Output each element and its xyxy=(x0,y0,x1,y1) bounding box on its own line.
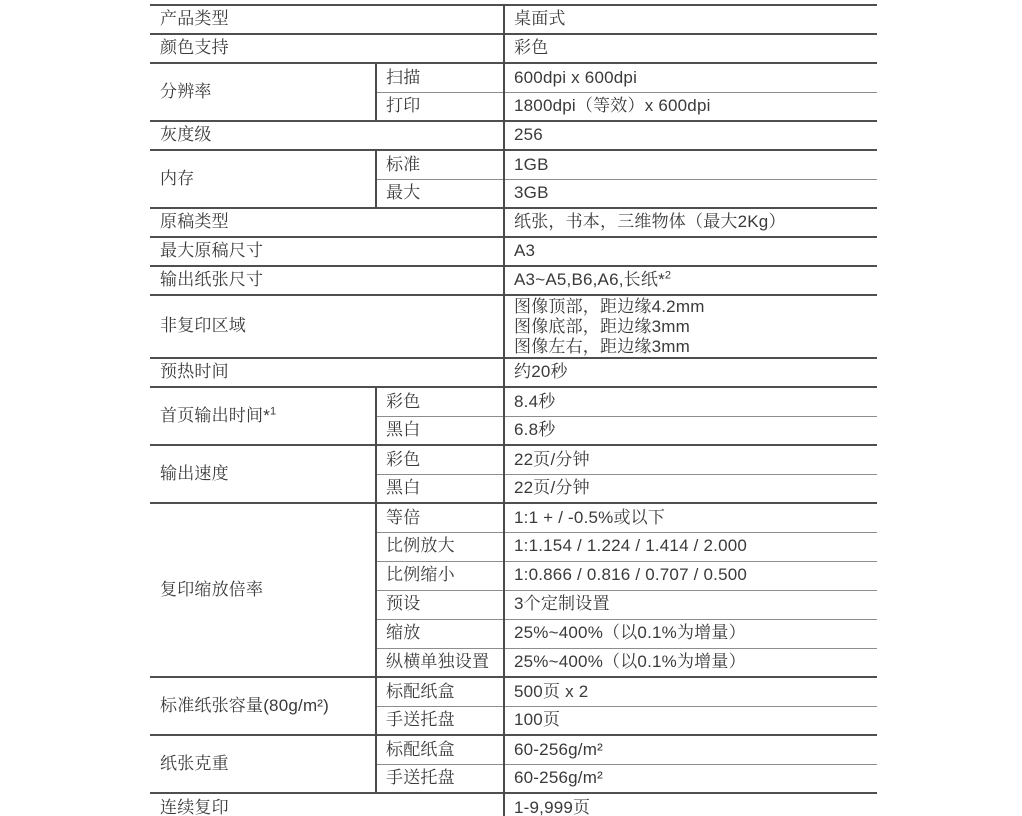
spec-value-cell: A3~A5,B6,A6,长纸*2 xyxy=(504,266,877,295)
spec-subrow-label: 比例放大 xyxy=(386,536,455,555)
spec-row: 分辨率扫描600dpi x 600dpi xyxy=(150,63,877,92)
spec-value: 1800dpi（等效）x 600dpi xyxy=(514,96,711,115)
spec-value: 500页 x 2 xyxy=(514,682,588,701)
spec-label-cell: 内存 xyxy=(150,150,376,208)
spec-value-cell: 彩色 xyxy=(504,34,877,63)
spec-subrow-label: 缩放 xyxy=(386,623,420,642)
spec-subrow-label: 标配纸盒 xyxy=(386,740,455,759)
spec-label-cell: 颜色支持 xyxy=(150,34,504,63)
spec-subrow-label: 手送托盘 xyxy=(386,710,455,729)
spec-value: 1:1 + / -0.5%或以下 xyxy=(514,508,665,527)
spec-row: 产品类型桌面式 xyxy=(150,5,877,34)
spec-subrow-label: 标准 xyxy=(386,155,420,174)
page: { "table": { "rows": [ { "label": "产品类型"… xyxy=(0,0,1022,816)
spec-subrow-label: 预设 xyxy=(386,594,420,613)
spec-value-cell: 60-256g/m² xyxy=(504,764,877,793)
spec-label-superscript: 1 xyxy=(270,405,276,417)
spec-value: 3个定制设置 xyxy=(514,594,610,613)
spec-value-cell: 1GB xyxy=(504,150,877,179)
spec-row: 内存标准1GB xyxy=(150,150,877,179)
spec-label: 预热时间 xyxy=(160,362,229,381)
spec-label: 纸张克重 xyxy=(160,754,229,773)
spec-label-cell: 产品类型 xyxy=(150,5,504,34)
spec-label-cell: 标准纸张容量(80g/m²) xyxy=(150,677,376,735)
spec-value: 1:0.866 / 0.816 / 0.707 / 0.500 xyxy=(514,565,747,584)
spec-value-cell: 1-9,999页 xyxy=(504,793,877,816)
spec-label: 内存 xyxy=(160,169,194,188)
spec-label-cell: 灰度级 xyxy=(150,121,504,150)
spec-value-superscript: 2 xyxy=(665,270,671,282)
spec-subrow-label: 彩色 xyxy=(386,450,420,469)
spec-value: 22页/分钟 xyxy=(514,450,590,469)
spec-row: 原稿类型纸张，书本，三维物体（最大2Kg） xyxy=(150,208,877,237)
spec-label-cell: 非复印区域 xyxy=(150,295,504,358)
spec-value: A3 xyxy=(514,241,535,260)
spec-subrow-label: 等倍 xyxy=(386,508,420,527)
spec-value-cell: 纸张，书本，三维物体（最大2Kg） xyxy=(504,208,877,237)
spec-value-cell: 6.8秒 xyxy=(504,416,877,445)
spec-row: 预热时间约20秒 xyxy=(150,358,877,387)
spec-value: A3~A5,B6,A6,长纸* xyxy=(514,270,665,289)
spec-value: 25%~400%（以0.1%为增量） xyxy=(514,623,746,642)
spec-value-cell: A3 xyxy=(504,237,877,266)
spec-row: 非复印区域图像顶部，距边缘4.2mm图像底部，距边缘3mm图像左右，距边缘3mm xyxy=(150,295,877,358)
spec-subrow-label-cell: 比例放大 xyxy=(376,532,504,561)
spec-row: 连续复印1-9,999页 xyxy=(150,793,877,816)
spec-value: 1GB xyxy=(514,155,549,174)
product-spec-table: 产品类型桌面式颜色支持彩色分辨率扫描600dpi x 600dpi打印1800d… xyxy=(150,4,877,816)
spec-subrow-label-cell: 手送托盘 xyxy=(376,706,504,735)
spec-value-cell: 3个定制设置 xyxy=(504,590,877,619)
spec-label-cell: 首页输出时间*1 xyxy=(150,387,376,445)
spec-value: 60-256g/m² xyxy=(514,740,603,759)
spec-value-cell: 256 xyxy=(504,121,877,150)
spec-value: 桌面式 xyxy=(514,9,566,28)
spec-row: 输出纸张尺寸A3~A5,B6,A6,长纸*2 xyxy=(150,266,877,295)
spec-row: 首页输出时间*1彩色8.4秒 xyxy=(150,387,877,416)
spec-subrow-label: 手送托盘 xyxy=(386,768,455,787)
spec-value-cell: 25%~400%（以0.1%为增量） xyxy=(504,619,877,648)
spec-subrow-label-cell: 标配纸盒 xyxy=(376,677,504,706)
spec-label: 复印缩放倍率 xyxy=(160,580,263,599)
spec-value-cell: 约20秒 xyxy=(504,358,877,387)
spec-value: 彩色 xyxy=(514,38,548,57)
spec-subrow-label-cell: 扫描 xyxy=(376,63,504,92)
spec-label-cell: 最大原稿尺寸 xyxy=(150,237,504,266)
spec-value-line: 图像底部，距边缘3mm xyxy=(514,317,873,337)
spec-value: 1:1.154 / 1.224 / 1.414 / 2.000 xyxy=(514,536,747,555)
spec-label: 连续复印 xyxy=(160,798,229,816)
spec-subrow-label: 标配纸盒 xyxy=(386,682,455,701)
spec-label: 标准纸张容量(80g/m²) xyxy=(160,696,329,715)
spec-value: 100页 xyxy=(514,710,560,729)
spec-label-cell: 预热时间 xyxy=(150,358,504,387)
spec-value-cell: 22页/分钟 xyxy=(504,474,877,503)
spec-label: 颜色支持 xyxy=(160,38,229,57)
spec-subrow-label-cell: 缩放 xyxy=(376,619,504,648)
spec-label: 原稿类型 xyxy=(160,212,229,231)
spec-value-cell: 1:1 + / -0.5%或以下 xyxy=(504,503,877,532)
spec-value: 6.8秒 xyxy=(514,420,555,439)
spec-subrow-label-cell: 彩色 xyxy=(376,445,504,474)
spec-value: 1-9,999页 xyxy=(514,798,590,816)
spec-subrow-label: 比例缩小 xyxy=(386,565,455,584)
spec-value: 3GB xyxy=(514,183,549,202)
spec-row: 复印缩放倍率等倍1:1 + / -0.5%或以下 xyxy=(150,503,877,532)
spec-label: 首页输出时间* xyxy=(160,406,270,425)
spec-value: 25%~400%（以0.1%为增量） xyxy=(514,652,746,671)
spec-label-cell: 原稿类型 xyxy=(150,208,504,237)
spec-value-cell: 600dpi x 600dpi xyxy=(504,63,877,92)
spec-subrow-label: 扫描 xyxy=(386,68,420,87)
spec-subrow-label: 黑白 xyxy=(386,420,420,439)
spec-subrow-label-cell: 等倍 xyxy=(376,503,504,532)
spec-label: 分辨率 xyxy=(160,82,212,101)
spec-label: 产品类型 xyxy=(160,9,229,28)
spec-label-cell: 分辨率 xyxy=(150,63,376,121)
spec-value: 22页/分钟 xyxy=(514,478,590,497)
spec-row: 纸张克重标配纸盒60-256g/m² xyxy=(150,735,877,764)
spec-value: 60-256g/m² xyxy=(514,768,603,787)
spec-label: 非复印区域 xyxy=(160,316,246,335)
spec-value-cell: 60-256g/m² xyxy=(504,735,877,764)
spec-label-cell: 纸张克重 xyxy=(150,735,376,793)
spec-value: 256 xyxy=(514,125,543,144)
spec-row: 最大原稿尺寸A3 xyxy=(150,237,877,266)
spec-value: 纸张，书本，三维物体（最大2Kg） xyxy=(514,212,786,231)
spec-label-cell: 复印缩放倍率 xyxy=(150,503,376,677)
spec-subrow-label: 纵横单独设置 xyxy=(386,652,489,671)
spec-row: 颜色支持彩色 xyxy=(150,34,877,63)
spec-subrow-label-cell: 标准 xyxy=(376,150,504,179)
spec-value-cell: 25%~400%（以0.1%为增量） xyxy=(504,648,877,677)
spec-subrow-label: 打印 xyxy=(386,96,420,115)
spec-value-cell: 1:0.866 / 0.816 / 0.707 / 0.500 xyxy=(504,561,877,590)
spec-value: 8.4秒 xyxy=(514,392,555,411)
spec-value-line: 图像左右，距边缘3mm xyxy=(514,337,873,357)
spec-subrow-label-cell: 标配纸盒 xyxy=(376,735,504,764)
spec-label-cell: 连续复印 xyxy=(150,793,504,816)
spec-label-cell: 输出速度 xyxy=(150,445,376,503)
spec-value-cell: 500页 x 2 xyxy=(504,677,877,706)
spec-subrow-label-cell: 纵横单独设置 xyxy=(376,648,504,677)
spec-value-cell: 1:1.154 / 1.224 / 1.414 / 2.000 xyxy=(504,532,877,561)
spec-label: 灰度级 xyxy=(160,125,212,144)
spec-subrow-label-cell: 预设 xyxy=(376,590,504,619)
spec-value-cell: 图像顶部，距边缘4.2mm图像底部，距边缘3mm图像左右，距边缘3mm xyxy=(504,295,877,358)
spec-value: 600dpi x 600dpi xyxy=(514,68,637,87)
spec-row: 灰度级256 xyxy=(150,121,877,150)
spec-row: 标准纸张容量(80g/m²)标配纸盒500页 x 2 xyxy=(150,677,877,706)
spec-value-line: 图像顶部，距边缘4.2mm xyxy=(514,297,873,317)
spec-value: 约20秒 xyxy=(514,362,568,381)
spec-subrow-label: 最大 xyxy=(386,183,420,202)
spec-table-body: 产品类型桌面式颜色支持彩色分辨率扫描600dpi x 600dpi打印1800d… xyxy=(150,5,877,816)
spec-subrow-label-cell: 手送托盘 xyxy=(376,764,504,793)
spec-value-cell: 8.4秒 xyxy=(504,387,877,416)
spec-label: 输出速度 xyxy=(160,464,229,483)
spec-row: 输出速度彩色22页/分钟 xyxy=(150,445,877,474)
spec-subrow-label-cell: 最大 xyxy=(376,179,504,208)
spec-value-cell: 100页 xyxy=(504,706,877,735)
spec-subrow-label: 黑白 xyxy=(386,478,420,497)
spec-value-cell: 3GB xyxy=(504,179,877,208)
spec-subrow-label-cell: 黑白 xyxy=(376,416,504,445)
spec-subrow-label-cell: 黑白 xyxy=(376,474,504,503)
spec-value-cell: 桌面式 xyxy=(504,5,877,34)
spec-value-cell: 1800dpi（等效）x 600dpi xyxy=(504,92,877,121)
spec-value-cell: 22页/分钟 xyxy=(504,445,877,474)
spec-label: 输出纸张尺寸 xyxy=(160,270,263,289)
spec-subrow-label-cell: 打印 xyxy=(376,92,504,121)
spec-label-cell: 输出纸张尺寸 xyxy=(150,266,504,295)
spec-subrow-label-cell: 比例缩小 xyxy=(376,561,504,590)
spec-label: 最大原稿尺寸 xyxy=(160,241,263,260)
spec-subrow-label: 彩色 xyxy=(386,392,420,411)
spec-subrow-label-cell: 彩色 xyxy=(376,387,504,416)
